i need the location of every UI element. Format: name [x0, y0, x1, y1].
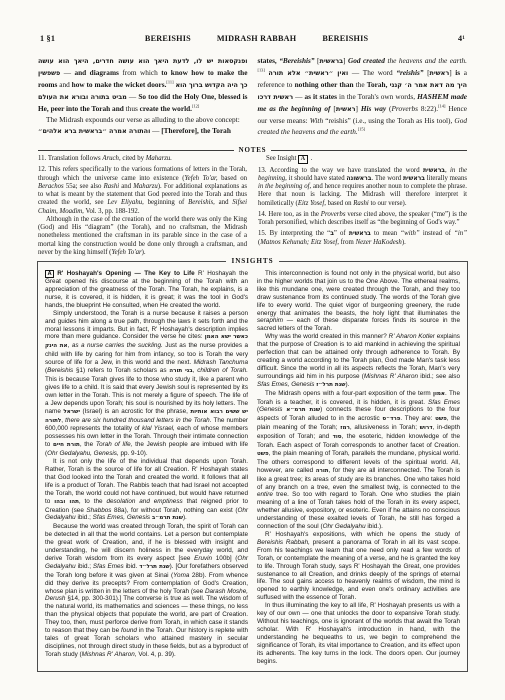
hebrew-text-run: בראשונה [346, 175, 371, 182]
text-run: nothing other than [295, 80, 354, 89]
main-text: ופנקסאות יש לו, לדעת היאך הוא עושה חדרים… [38, 55, 467, 137]
hebrew-text-run: והתורה אמרה ״בראשית ברא אלהים״ [38, 127, 150, 135]
paragraph: Although in the case of the creation of … [38, 216, 247, 257]
text-run: Rashi [104, 183, 119, 190]
text-run: With [310, 116, 323, 125]
text-run: and diagrams [74, 68, 122, 77]
text-run: §1) refers to Torah scholars as [73, 367, 169, 374]
notes-label: NOTES [239, 146, 267, 154]
text-run: God created [348, 56, 385, 65]
paragraph: והתורה אמרה ״בראשית ברא אלהים״ — [Theref… [38, 125, 248, 137]
text-run: — [150, 126, 161, 135]
text-run: ). [345, 381, 349, 388]
text-run: the [354, 80, 367, 89]
text-run: [15] [358, 127, 365, 132]
text-run: and [59, 80, 71, 89]
running-head-left: BEREISHIS [145, 34, 191, 43]
text-run: children of Torah. [197, 367, 248, 374]
text-run: Aruch, [102, 155, 120, 162]
text-run: Matnos Kehunah; Eitz Yosef, [260, 239, 339, 246]
notes-column-right: See Insight A.13. According to the way w… [258, 155, 467, 257]
text-run: pp. 9-10). [119, 450, 148, 457]
text-run: Bereishis [47, 367, 73, 374]
hebrew-text-run: דרוש [420, 425, 433, 431]
running-head-center: MIDRASH RABBAH [217, 34, 296, 43]
text-run: Maharzu. [146, 155, 172, 162]
text-run: the heavens and the earth. [387, 56, 467, 65]
text-run: ibid.; [76, 563, 93, 570]
text-run: , the [80, 441, 96, 448]
hebrew-text-run: ראשית [430, 69, 450, 77]
insights-label: INSIGHTS [226, 258, 280, 265]
text-run: ibid. [124, 563, 139, 570]
paragraph: 14. Here too, as in the Proverbs verse c… [258, 211, 467, 228]
text-run: Eruvin [194, 555, 212, 562]
text-run: — [293, 92, 304, 101]
text-run: Why was the world created in this manner… [265, 333, 389, 340]
text-run: 13. According to the way we have transla… [258, 167, 423, 174]
paragraph: This interconnection is found not only i… [257, 270, 460, 333]
text-run: Vol. 4, p. 39). [137, 651, 176, 658]
page-header: 1 §1 BEREISHISMIDRASH RABBAHBEREISHIS 4¹ [40, 34, 465, 43]
text-run: 11. Translation follows [38, 155, 102, 162]
text-run: Rashi [353, 200, 368, 207]
text-run: ). [142, 249, 146, 256]
text-run: “with” [400, 230, 419, 237]
notes-column-left: 11. Translation follows Aruch, cited by … [38, 155, 247, 257]
text-run: “reishis” [396, 68, 423, 77]
text-run: [13] [258, 68, 265, 73]
hebrew-text-run: סוד [333, 434, 342, 440]
paragraph: 13. According to the way we have transla… [258, 167, 467, 208]
text-run: — [127, 92, 139, 101]
text-run: Shabbos [86, 507, 111, 514]
text-run: ). [402, 239, 406, 246]
text-run: as it states [304, 92, 337, 101]
text-run: states, [258, 56, 280, 65]
text-run: ). [183, 514, 187, 521]
hebrew-text-run: בראשית [349, 230, 371, 237]
main-column-left: ופנקסאות יש לו, לדעת היאך הוא עושה חדרים… [38, 55, 248, 137]
text-run: cited by [121, 155, 146, 162]
hebrew-text-run: שנת תרל״ז [316, 382, 345, 388]
text-run: R' Aharon Kotler [389, 333, 435, 340]
hebrew-text-run: אמון [433, 391, 445, 397]
text-run: Bereishis, [188, 199, 215, 206]
text-run: Ohr Gedalyahu, Genesis, [47, 450, 119, 457]
text-run: Lev Eliyahu, [107, 199, 143, 206]
text-run: Midrash Tanchuma [194, 359, 248, 366]
text-run: found [121, 627, 137, 634]
text-run: Bereishis Rabbah, [257, 539, 310, 546]
text-run: create the world. [140, 104, 192, 113]
text-run: “reishis” (i.e., using the Torah as His … [323, 116, 454, 125]
text-run: — The word [348, 68, 396, 77]
paragraph: states, “Bereishis” [בראשית] God created… [258, 55, 468, 137]
text-run: 15. By interpreting the “ [258, 230, 330, 237]
text-run: 88a), for without Torah, nothing can exi… [111, 507, 237, 514]
text-run: “Bereishis” [279, 56, 314, 65]
section-reference: 1 §1 [40, 34, 55, 43]
paragraph: 15. By interpreting the “ב” of בראשית to… [258, 230, 467, 247]
text-run: His way [361, 104, 386, 113]
text-run: in the Torah's own words, [337, 92, 417, 101]
text-run: from [339, 239, 356, 246]
book-page: 1 §1 BEREISHISMIDRASH RABBAHBEREISHIS 4¹… [0, 0, 505, 700]
text-run: Mishnas R' Aharon, [82, 651, 137, 658]
text-run: Proverbs [321, 211, 346, 218]
insights-column-right: This interconnection is found not only i… [257, 270, 460, 665]
running-head-right: BEREISHIS [322, 34, 368, 43]
paragraph: 12. This refers specifically to the vari… [38, 166, 247, 216]
text-run: and [215, 199, 232, 206]
hebrew-text-run: תורה [316, 468, 329, 474]
text-run: desolation and emptiness [106, 498, 182, 505]
text-run: 8:22). [418, 104, 438, 113]
hebrew-text-run: שנת תרל״ד [139, 564, 169, 570]
paragraph: Simply understood, the Torah is a nurse … [45, 310, 248, 458]
hebrew-text-run: תורת חיים [53, 442, 80, 448]
insights-columns: AR' Hoshayah's Opening — The Key to Life… [38, 262, 467, 671]
text-run: In thus illuminating the key to all life… [257, 602, 460, 664]
text-run: based on [326, 200, 353, 207]
text-run: Berachos [38, 183, 64, 190]
paragraph: The Midrash expounds our verse as alludi… [38, 114, 248, 125]
text-run: Vol. 3, pp. 188-192. [84, 208, 140, 215]
text-run: Nezer HaKodesh [356, 239, 402, 246]
hebrew-text-run: ראשית [336, 105, 356, 113]
notes-divider: NOTES [38, 146, 467, 154]
text-run: seraphim [257, 317, 283, 324]
text-run: to mean [371, 230, 401, 237]
text-run: — [60, 68, 74, 77]
text-run: . The word [371, 175, 403, 182]
text-run: 55a; see also [64, 183, 104, 190]
hebrew-text-run: בני תורה [169, 368, 192, 374]
text-run: entire [257, 491, 273, 498]
text-run: thus [126, 104, 140, 113]
hebrew-text-run: תהו ובהו [54, 499, 79, 505]
paragraph: Why was the world created in this manner… [257, 333, 460, 389]
hebrew-text-run: פרד״ס [382, 416, 400, 422]
text-run: it should have stated [287, 175, 347, 182]
text-run: Yoma [173, 572, 189, 579]
hebrew-text-run: שנת תרמ״א [286, 407, 320, 413]
text-run: See Insight [266, 155, 298, 162]
hebrew-text-run: שנת תרמ״ב [152, 515, 183, 521]
paragraph: See Insight A. [258, 155, 467, 164]
hebrew-text-run: בראשית [319, 57, 343, 65]
text-run: as a nurse carries the suckling. [72, 342, 163, 349]
paragraph: ופנקסאות יש לו, לדעת היאך הוא עושה חדרים… [38, 55, 248, 114]
text-run: Sfas Emes, Genesis [93, 514, 150, 521]
text-run: The Midrash opens with a four-part expos… [265, 390, 433, 397]
text-run: 14. Here too, as in the [258, 211, 321, 218]
hebrew-text-run: בראשית [423, 167, 445, 174]
hebrew-text-run: בראשית [403, 175, 425, 182]
text-run: Sfas Emes [93, 563, 124, 570]
hebrew-text-run: ואין ״ראשית״ אלא תורה [268, 69, 348, 77]
text-run: Torah, [367, 80, 388, 89]
text-run: there are six hundred thousand letters i… [65, 417, 211, 424]
text-run: Proverbs [391, 104, 417, 113]
text-run: , to the [79, 498, 107, 505]
notes-section: 11. Translation follows Aruch, cited by … [38, 155, 467, 257]
text-run: present a panorama of Torah in all its v… [257, 539, 460, 601]
text-run: and [119, 183, 133, 190]
text-run: ” of [334, 230, 349, 237]
text-run: The Midrash expounds our verse as alludi… [46, 115, 240, 124]
text-run: — each of these disparate forces finds i… [257, 317, 460, 332]
text-run: This interconnection is found not only i… [257, 270, 460, 317]
text-run: [12] [192, 104, 199, 109]
text-run: instead of [420, 230, 454, 237]
hebrew-text-run: רמז [340, 425, 350, 431]
text-run: ibid.; [76, 514, 93, 521]
text-run: beginning of [144, 199, 188, 206]
text-run: Torah of life, [96, 441, 133, 448]
paragraph: 11. Translation follows Aruch, cited by … [38, 155, 247, 163]
paragraph: Because the world was created through To… [45, 523, 248, 658]
paragraph: R' Hoshayah's expositions, with which he… [257, 531, 460, 602]
text-run: ibid.; see also [418, 373, 460, 380]
text-run: Genesis [259, 406, 282, 413]
text-run: Sfas Emes, Genesis [257, 381, 314, 388]
insight-ref-badge: A [298, 155, 308, 164]
text-run: R' Hoshayah's expositions, with which he… [265, 531, 460, 538]
text-run: Sfas Emes [428, 399, 460, 406]
running-head: BEREISHISMIDRASH RABBAHBEREISHIS [55, 34, 458, 43]
text-run: Yefeh To'ar [111, 249, 141, 256]
text-run: R' Hoshayah's Opening — The Key to Life [57, 270, 194, 277]
text-run: literally means [425, 175, 467, 182]
text-run: how to make the wicket doors. [72, 80, 167, 89]
text-run: [Therefore], the Torah [161, 126, 231, 135]
hebrew-text-run: ישראל [63, 409, 80, 415]
text-run: ibid.). [366, 523, 383, 530]
insights-column-left: AR' Hoshayah's Opening — The Key to Life… [45, 270, 248, 665]
text-run: [11] [166, 80, 173, 85]
hebrew-text-run: פשט [435, 416, 447, 422]
hebrew-text-run: פשט [257, 451, 269, 457]
text-run: . They are: [400, 415, 435, 422]
text-run: klal Yisrael, [142, 425, 175, 432]
text-run: Mishnas R' Aharon [364, 373, 418, 380]
text-run: 100b] ( [212, 555, 237, 562]
main-column-right: states, “Bereishis” [בראשית] God created… [258, 55, 468, 137]
paragraph: In thus illuminating the key to all life… [257, 602, 460, 665]
text-run: based on [218, 175, 247, 182]
text-run: “in” [454, 230, 467, 237]
text-run: Ohr Gedalyahu [323, 523, 366, 530]
insights-box: INSIGHTS AR' Hoshayah's Opening — The Ke… [37, 261, 468, 672]
text-run: Yefeh To'ar, [185, 175, 218, 182]
text-run: (Israel) is an acrostic for the phrase, [80, 408, 190, 415]
text-run: in the beginning of, [258, 183, 311, 190]
text-run: . [311, 155, 313, 162]
text-run: Eitz Yosef, [298, 200, 326, 207]
page-number: 4¹ [458, 34, 465, 43]
text-run: to our verse). [369, 200, 407, 207]
paragraph: The Midrash opens with a four-part expos… [257, 390, 460, 531]
insight-ref-badge: A [45, 270, 54, 278]
text-run: , allusiveness in Torah; [350, 424, 420, 431]
text-run: from which [122, 68, 161, 77]
paragraph: AR' Hoshayah's Opening — The Key to Life… [45, 270, 248, 310]
paragraph: It is not only the life of the individua… [45, 458, 248, 523]
text-run: Maharzu [133, 183, 158, 190]
